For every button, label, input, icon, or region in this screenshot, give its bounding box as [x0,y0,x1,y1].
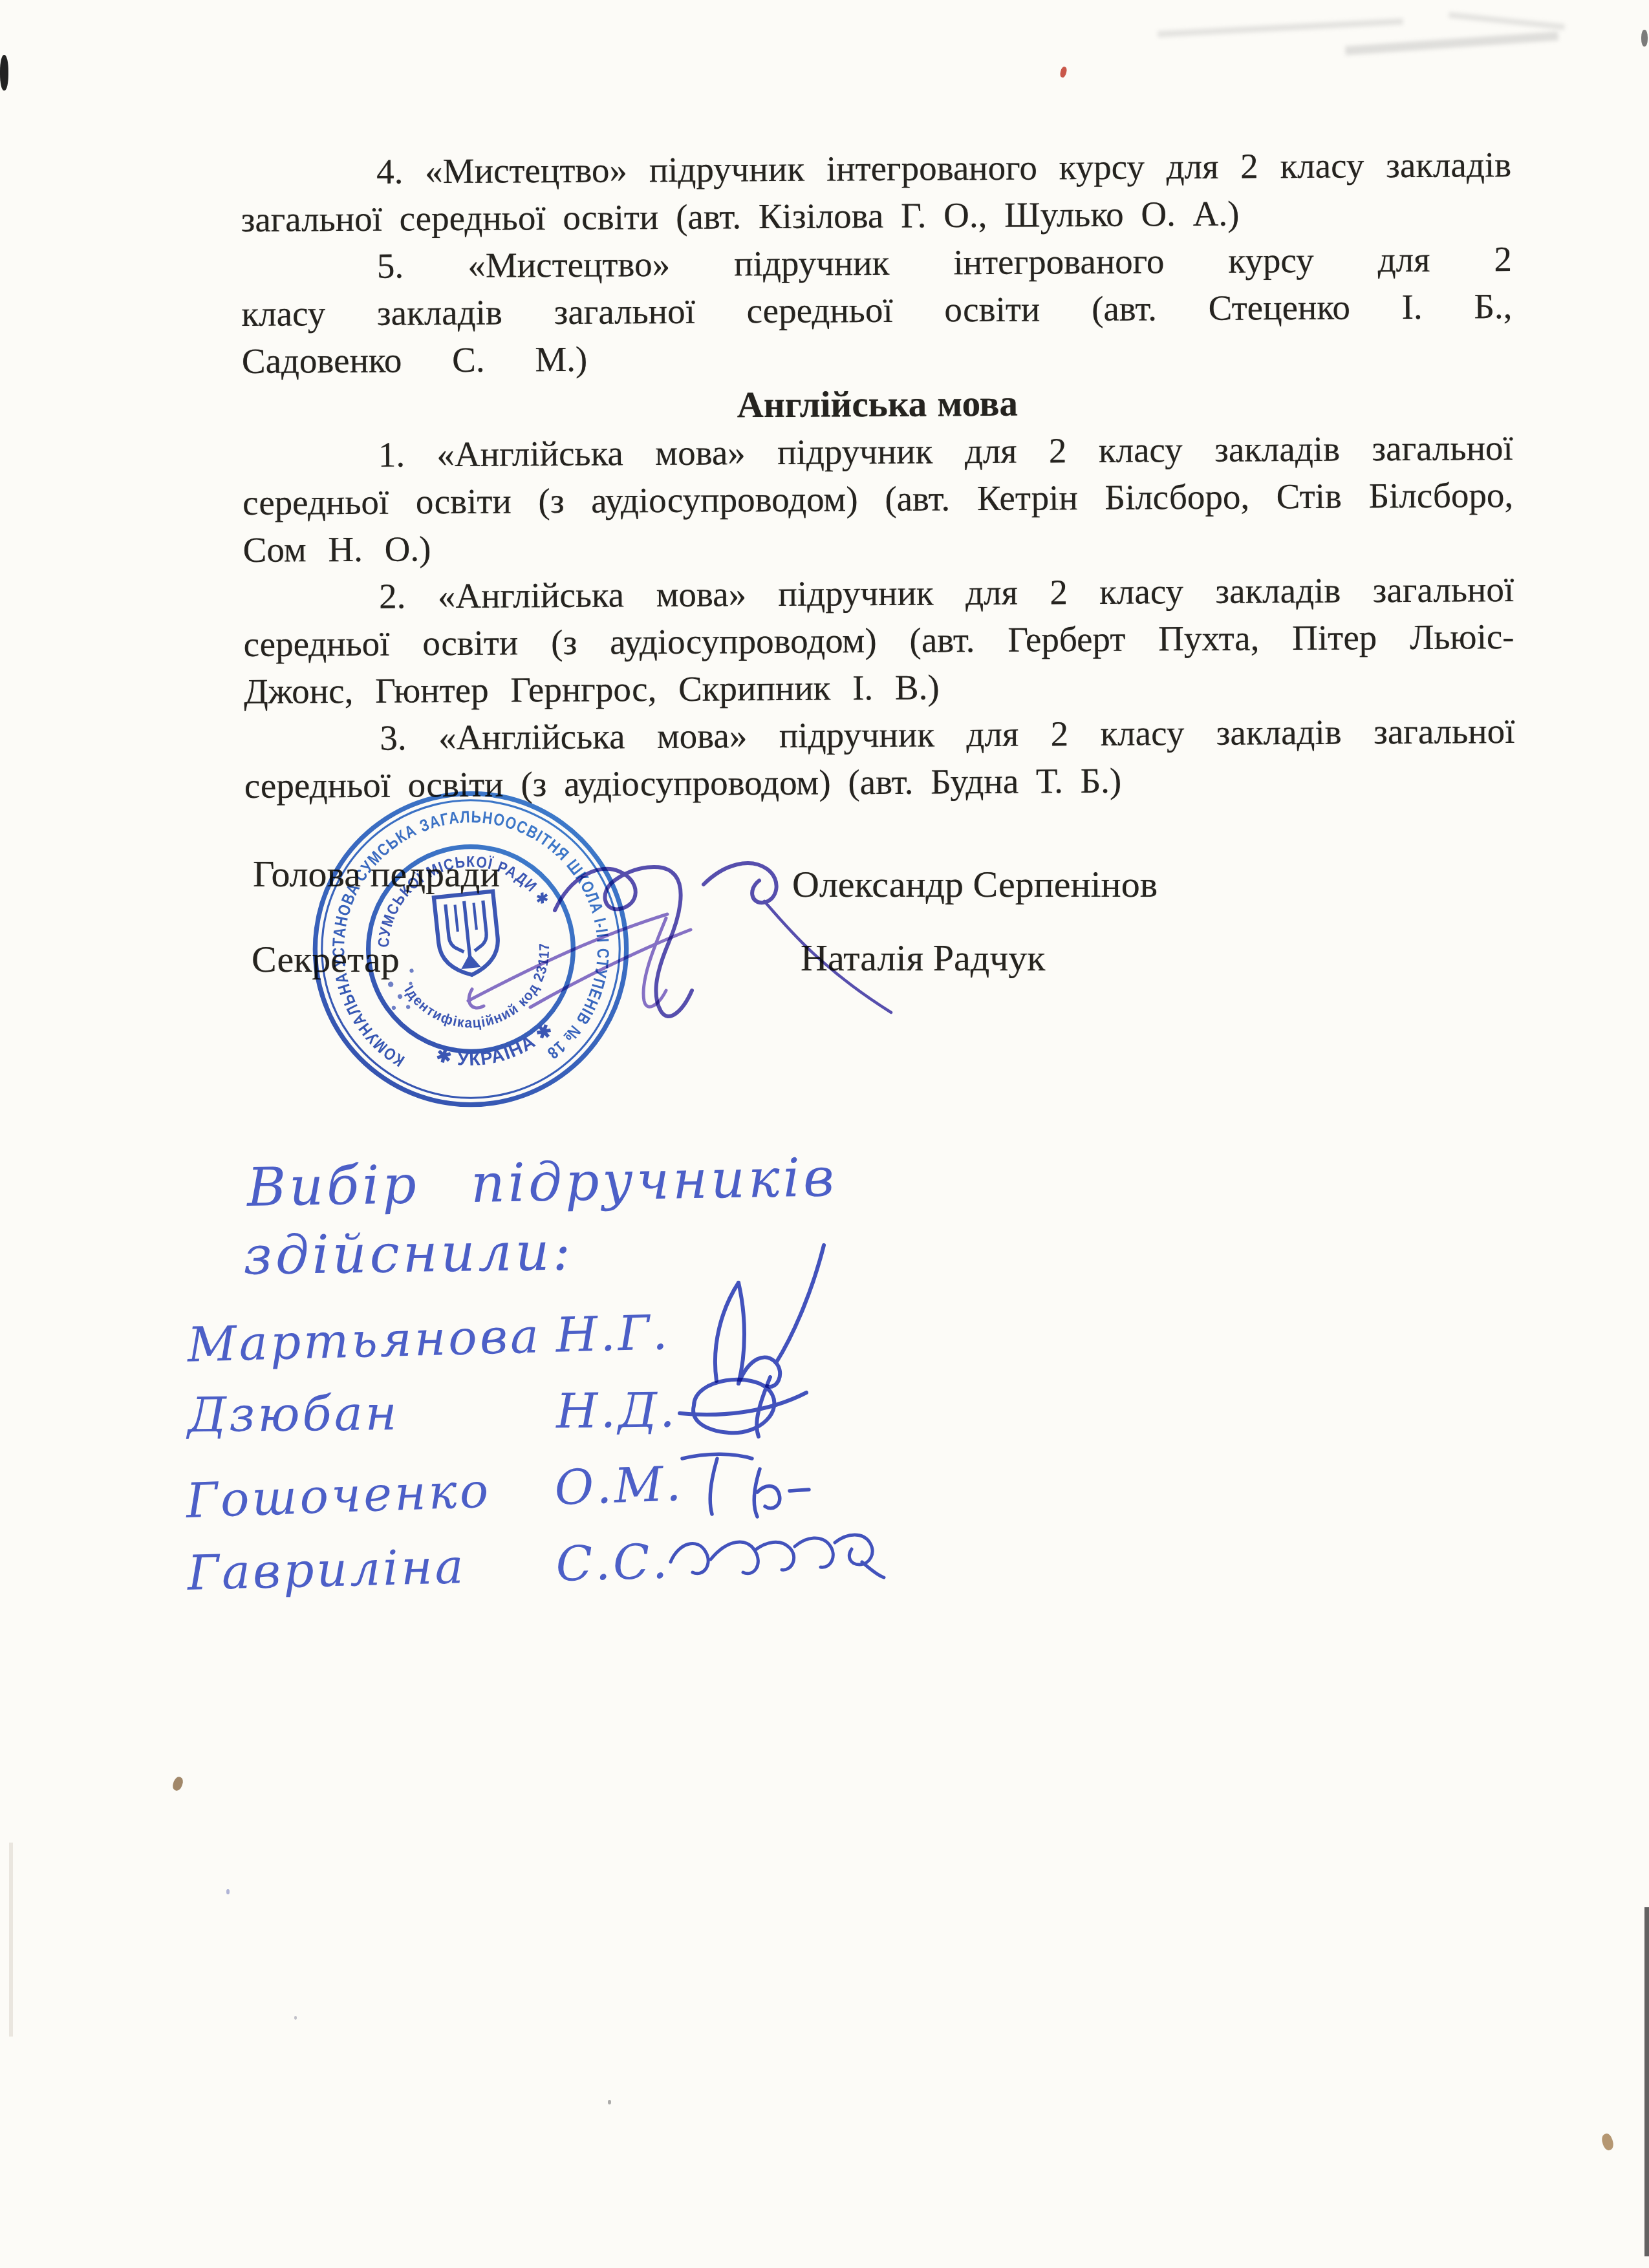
entry-surname: Дзюбан [187,1385,400,1443]
entry-initials: Н.Г. [555,1305,671,1364]
scan-speck [226,1889,230,1894]
entry-surname: Гошоченко [185,1463,491,1529]
scan-edge-mark [1641,30,1648,47]
scan-speck [171,1775,185,1792]
scanned-document-page: 4. «Мистецтво» підручник інтегрованого к… [0,0,1649,2268]
signature-radchuk [453,892,711,1028]
handwritten-heading-line2: здійснили: [242,1221,574,1287]
signature-havrylina [656,1500,889,1590]
textbook-item-eng-2: 2. «Англійська мова» підручник для 2 кла… [243,566,1514,715]
signature-dziuban [656,1351,818,1448]
scan-speck [294,2016,297,2020]
handwritten-heading-line1: Вибір підручників [246,1147,837,1219]
handwritten-entry-row: Дзюбан Н.Д. [187,1380,964,1459]
scan-red-speck [1059,66,1068,78]
textbook-item-art-5: 5. «Мистецтво» підручник інтегрованого к… [241,235,1513,385]
textbook-item-art-4: 4. «Мистецтво» підручник інтегрованого к… [241,141,1512,243]
typed-text-block: 4. «Мистецтво» підручник інтегрованого к… [241,141,1515,809]
handwritten-entry-row: Мартьянова Н.Г. [187,1297,964,1388]
entry-surname: Мартьянова [187,1308,542,1373]
scan-edge-mark [0,55,8,91]
scan-smudge [1449,12,1565,30]
textbook-item-eng-1: 1. «Англійська мова» підручник для 2 кла… [242,424,1514,573]
scan-speck [1600,2132,1615,2151]
scan-edge-strip [1644,1907,1649,2256]
scan-smudge [1345,32,1558,56]
section-header-english: Англійська мова [242,377,1513,432]
scan-edge-streak [9,1843,13,2037]
scan-smudge [1158,18,1403,37]
entry-initials: С.С. [555,1534,671,1592]
entry-surname: Гавриліна [187,1539,467,1601]
scan-speck [608,2100,611,2104]
